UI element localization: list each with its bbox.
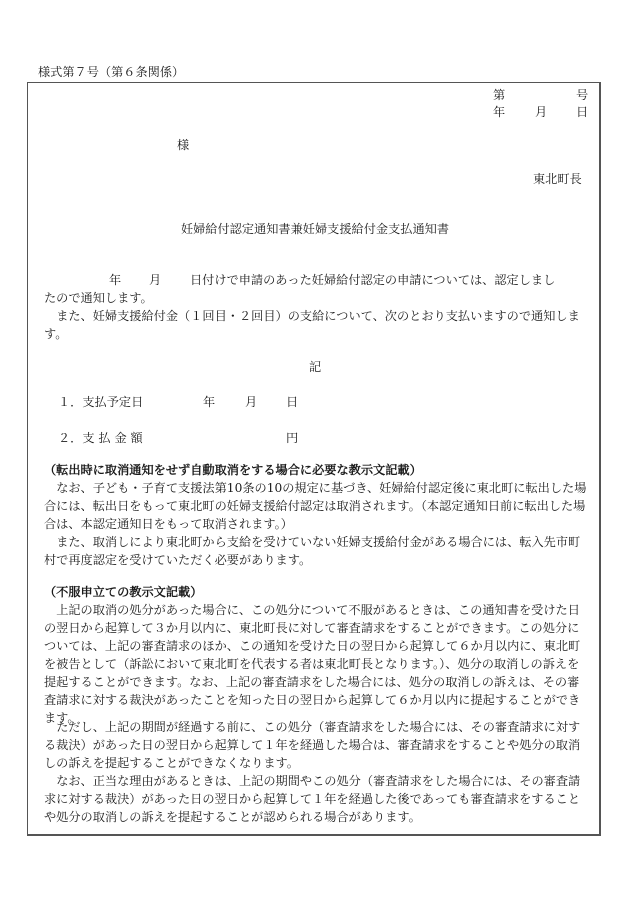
addressee-suffix: 様	[177, 136, 189, 153]
issuer-name: 東北町長	[533, 170, 582, 187]
payment-date-day: 日	[286, 393, 298, 410]
section2-heading: （不服申立ての教示文記載）	[44, 583, 202, 600]
ki-heading: 記	[309, 358, 321, 375]
section1-paragraph-2: また、取消しにより東北町から支給を受けていない妊婦支援給付金がある場合には、転入…	[44, 533, 589, 569]
section1-paragraph-1: なお、子ども・子育て支援法第10条の10の規定に基づき、妊婦給付認定後に東北町に…	[44, 479, 589, 533]
issue-date-year: 年	[493, 103, 505, 120]
intro-year: 年	[109, 271, 121, 288]
payment-paragraph: また、妊婦支援給付金（１回目・２回目）の支給について、次のとおり支払いますので通…	[44, 307, 589, 343]
intro-text-line2: たので通知します。	[44, 289, 153, 306]
section2-paragraph-1: 上記の取消の処分があった場合に、この処分について不服があるときは、この通知書を受…	[44, 601, 589, 727]
doc-number-prefix: 第	[493, 86, 505, 103]
payment-date-month: 月	[245, 393, 257, 410]
doc-number-suffix: 号	[576, 86, 588, 103]
section1-heading: （転出時に取消通知をせず自動取消をする場合に必要な教示文記載）	[44, 461, 422, 478]
intro-month: 月	[149, 271, 161, 288]
payment-amount-label: ２．支 払 金 額	[58, 429, 143, 446]
section2-paragraph-2: ただし、上記の期間が経過する前に、この処分（審査請求をした場合には、その審査請求…	[44, 718, 589, 772]
issue-date-day: 日	[576, 103, 588, 120]
document-title: 妊婦給付認定通知書兼妊婦支援給付金支払通知書	[0, 220, 630, 237]
payment-amount-unit: 円	[286, 429, 298, 446]
intro-text-line1: 日付けで申請のあった妊婦給付認定の申請については、認定しまし	[190, 271, 555, 288]
form-number: 様式第７号（第６条関係）	[38, 63, 184, 80]
payment-date-label: １．支払予定日	[58, 393, 143, 410]
payment-date-year: 年	[203, 393, 215, 410]
section2-paragraph-3: なお、正当な理由があるときは、上記の期間やこの処分（審査請求をした場合には、その…	[44, 772, 589, 826]
issue-date-month: 月	[535, 103, 547, 120]
